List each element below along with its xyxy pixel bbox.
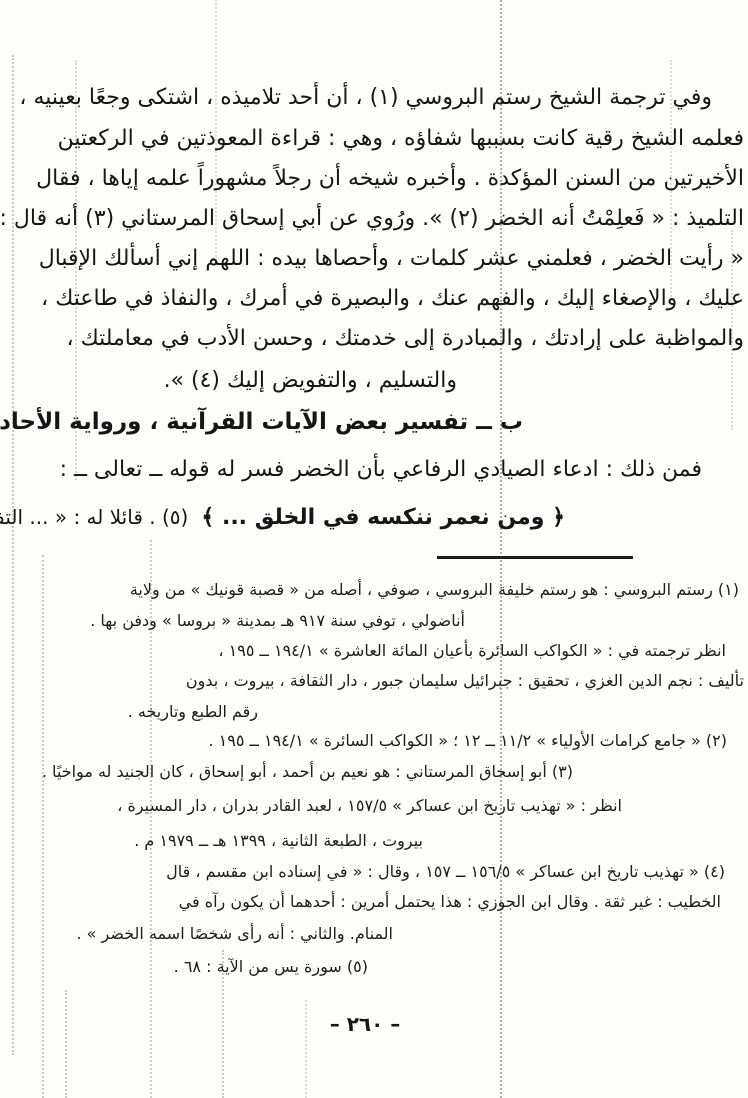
footnote-line: (١) رستم البروسي : هو رستم خليفة البروسي… <box>130 580 739 601</box>
body-line: فمن ذلك : ادعاء الصيادي الرفاعي بأن الخض… <box>60 456 702 485</box>
footnote-line: الخطيب : غير ثقة . وقال ابن الجوزي : هذا… <box>179 892 721 913</box>
page-number: – ٢٦٠ – <box>0 1012 739 1036</box>
footnote-line: رقم الطبع وتاريخه . <box>128 702 258 723</box>
quran-verse-line: ﴿ ومن نعمر ننكسه في الخلق ... ﴾ (٥) . قا… <box>0 504 565 533</box>
footnote-line: (٣) أبو إسحاق المرستاني : هو نعيم بن أحم… <box>42 762 573 783</box>
footnote-separator <box>437 556 633 559</box>
footnote-line: بيروت ، الطبعة الثانية ، ١٣٩٩ هـ ــ ١٩٧٩… <box>134 831 423 852</box>
footnote-line: انظر ترجمته في : « الكواكب السائرة بأعيا… <box>218 641 726 662</box>
scanned-page: وفي ترجمة الشيخ رستم البروسي (١) ، أن أح… <box>0 0 748 1098</box>
quran-verse: ﴿ ومن نعمر ننكسه في الخلق ... ﴾ <box>201 505 565 530</box>
body-line: التلميذ : « فَعلِمْتُ أنه الخضر (٢) ». و… <box>0 205 744 234</box>
footnote-line: (٢) « جامع كرامات الأولياء » ١١/٢ ــ ١٢ … <box>208 731 727 752</box>
body-line: الأخيرتين من السنن المؤكدة . وأخبره شيخه… <box>36 165 744 194</box>
footnote-line: المنام. والثاني : أنه رأى شخصًا اسمه الخ… <box>76 924 393 945</box>
body-line: وفي ترجمة الشيخ رستم البروسي (١) ، أن أح… <box>19 84 712 113</box>
body-line: والمواظبة على إرادتك ، والمبادرة إلى خدم… <box>66 325 744 354</box>
footnote-line: (٤) « تهذيب تاريخ ابن عساكر » ١٥٦/٥ ــ ١… <box>166 862 725 883</box>
section-heading: ب ــ تفسير بعض الآيات القرآنية ، ورواية … <box>0 408 523 438</box>
footnote-line: انظر : « تهذيب تاريخ ابن عساكر » ١٥٧/٥ ،… <box>117 796 622 817</box>
footnote-line: (٥) سورة يس من الآية : ٦٨ . <box>174 957 368 978</box>
body-line: عليك ، والإصغاء إليك ، والفهم عنك ، والب… <box>41 285 744 314</box>
scan-artifact-line <box>65 990 67 1098</box>
body-line: « رأيت الخضر ، فعلمني عشر كلمات ، وأحصاه… <box>39 245 744 274</box>
body-line: والتسليم ، والتفويض إليك (٤) ». <box>164 367 457 396</box>
footnote-line: تأليف : نجم الدين الغزي ، تحقيق : جبرائي… <box>186 671 744 692</box>
body-line: فعلمه الشيخ رقية كانت بسببها شفاؤه ، وهي… <box>58 125 744 154</box>
footnote-line: أناضولي ، توفي سنة ٩١٧ هـ بمدينة « بروسا… <box>90 611 465 632</box>
verse-commentary: (٥) . قائلا له : « ... التفسير في هذه ال… <box>0 505 188 529</box>
